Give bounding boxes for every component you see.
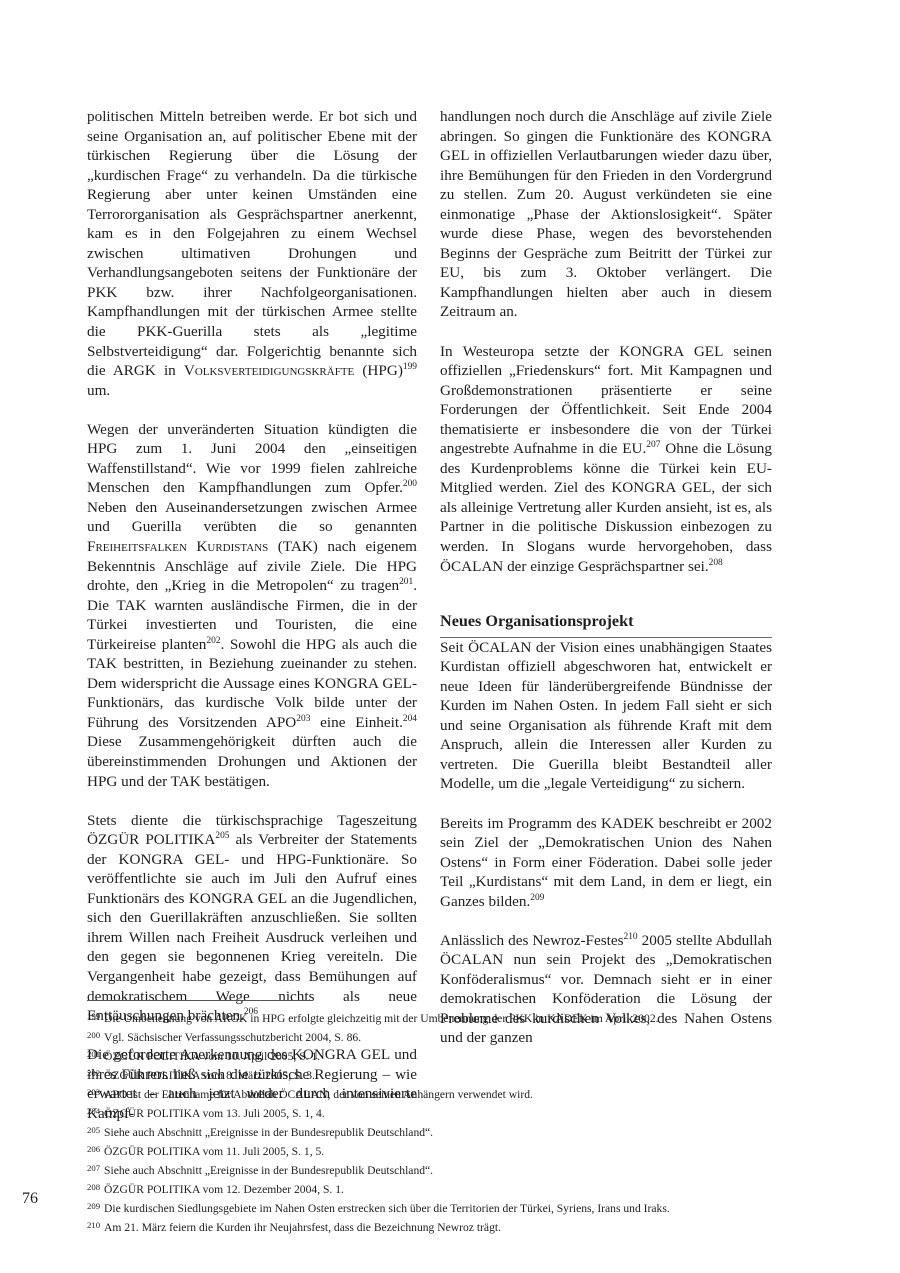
text-run: (HPG) [354,362,403,379]
footnote-reference: 200 [403,480,417,490]
footnote-number: 200 [87,1030,100,1040]
small-caps-term: Volksverteidigungskräfte [184,362,354,379]
paragraph: Bereits im Programm des KADEK beschreibt… [440,814,772,912]
footnote-number: 206 [87,1144,100,1154]
footnote-208: 208ÖZGÜR POLITIKA vom 12. Dezember 2004,… [87,1179,777,1198]
footnote-reference: 204 [403,714,417,724]
footnote-reference: 210 [624,932,638,942]
footnote-reference: 205 [215,831,229,841]
footnote-text: Die Umbenennung von ARGK in HPG erfolgte… [104,1012,658,1025]
footnote-text: Am 21. März feiern die Kurden ihr Neujah… [104,1221,501,1234]
text-run: Wegen der unveränderten Situation kündig… [87,421,417,497]
text-run: politischen Mitteln betreiben werde. Er … [87,108,417,379]
footnote-reference: 207 [646,440,660,450]
footnote-text: Die kurdischen Siedlungsgebiete im Nahen… [104,1202,670,1215]
footnote-text: ÖZGÜR POLITIKA vom 13. Juli 2005, S. 1, … [104,1107,325,1120]
footnote-number: 203 [87,1087,100,1097]
footnote-number: 209 [87,1201,100,1211]
paragraph: politischen Mitteln betreiben werde. Er … [87,107,417,400]
footnotes: 199Die Umbenennung von ARGK in HPG erfol… [87,1008,777,1236]
footnote-199: 199Die Umbenennung von ARGK in HPG erfol… [87,1008,777,1027]
footnote-reference: 199 [403,362,417,372]
text-run: Neben den Auseinandersetzungen zwischen … [87,499,417,536]
text-run: Diese Zusammengehörigkeit dürften auch d… [87,733,417,789]
footnote-text: ÖZGÜR POLITIKA vom 8. März 2005, S. 3. [104,1069,315,1082]
right-column-paragraphs-before-heading: handlungen noch durch die Anschläge auf … [440,107,772,576]
footnote-number: 210 [87,1220,100,1230]
footnote-202: 202ÖZGÜR POLITIKA vom 8. März 2005, S. 3… [87,1065,777,1084]
footnote-text: APO ist der Ehrenname für Abdullah ÖCALA… [104,1088,533,1101]
paragraph: handlungen noch durch die Anschläge auf … [440,107,772,322]
text-run: als Verbreiter der Statements der KONGRA… [87,831,417,1024]
footnote-text: Siehe auch Abschnitt „Ereignisse in der … [104,1126,433,1139]
footnote-number: 202 [87,1068,100,1078]
text-run: Bereits im Programm des KADEK beschreibt… [440,815,772,910]
section-heading: Neues Organisationsprojekt [440,612,772,638]
text-run: Ohne die Lösung des Kurdenproblems könne… [440,440,772,574]
left-column: politischen Mitteln betreiben werde. Er … [87,107,417,1123]
right-column: handlungen noch durch die Anschläge auf … [440,107,772,1048]
paragraph: Stets diente die türkischsprachige Tages… [87,811,417,1026]
footnote-reference: 202 [206,636,220,646]
footnote-209: 209Die kurdischen Siedlungsgebiete im Na… [87,1198,777,1217]
footnote-number: 207 [87,1163,100,1173]
text-run: Anlässlich des Newroz-Festes [440,932,624,949]
footnote-text: ÖZGÜR POLITIKA vom 12. Dezember 2004, S.… [104,1183,344,1196]
page-number: 76 [22,1190,38,1208]
footnote-204: 204ÖZGÜR POLITIKA vom 13. Juli 2005, S. … [87,1103,777,1122]
footnote-reference: 201 [399,577,413,587]
footnote-text: Vgl. Sächsischer Verfassungsschutzberich… [104,1031,361,1044]
footnote-number: 199 [87,1011,100,1021]
footnote-203: 203APO ist der Ehrenname für Abdullah ÖC… [87,1084,777,1103]
footnote-number: 201 [87,1049,100,1059]
text-run: eine Einheit. [310,714,402,731]
footnote-text: Siehe auch Abschnitt „Ereignisse in der … [104,1164,433,1177]
right-column-paragraphs-after-heading: Seit ÖCALAN der Vision eines unabhängige… [440,638,772,1048]
footnote-201: 201ÖZGÜR POLITIKA vom 10. April 2005, S.… [87,1046,777,1065]
footnote-text: ÖZGÜR POLITIKA vom 11. Juli 2005, S. 1, … [104,1145,324,1158]
footnote-207: 207Siehe auch Abschnitt „Ereignisse in d… [87,1160,777,1179]
footnote-reference: 208 [709,558,723,568]
footnote-separator [87,1000,313,1001]
text-run: handlungen noch durch die Anschläge auf … [440,108,772,320]
paragraph: In Westeuropa setzte der KONGRA GEL sein… [440,342,772,577]
footnote-205: 205Siehe auch Abschnitt „Ereignisse in d… [87,1122,777,1141]
paragraph: Wegen der unveränderten Situation kündig… [87,420,417,791]
footnote-number: 205 [87,1125,100,1135]
footnote-210: 210Am 21. März feiern die Kurden ihr Neu… [87,1217,777,1236]
footnote-reference: 209 [530,893,544,903]
small-caps-term: Freiheitsfalken Kurdistans [87,538,268,555]
footnote-206: 206ÖZGÜR POLITIKA vom 11. Juli 2005, S. … [87,1141,777,1160]
text-run: um. [87,382,110,399]
footnote-number: 208 [87,1182,100,1192]
footnote-reference: 203 [296,714,310,724]
footnote-200: 200Vgl. Sächsischer Verfassungsschutzber… [87,1027,777,1046]
footnote-number: 204 [87,1106,100,1116]
footnote-text: ÖZGÜR POLITIKA vom 10. April 2005, S. 1. [104,1050,320,1063]
text-run: Seit ÖCALAN der Vision eines unabhängige… [440,639,772,793]
paragraph: Seit ÖCALAN der Vision eines unabhängige… [440,638,772,794]
